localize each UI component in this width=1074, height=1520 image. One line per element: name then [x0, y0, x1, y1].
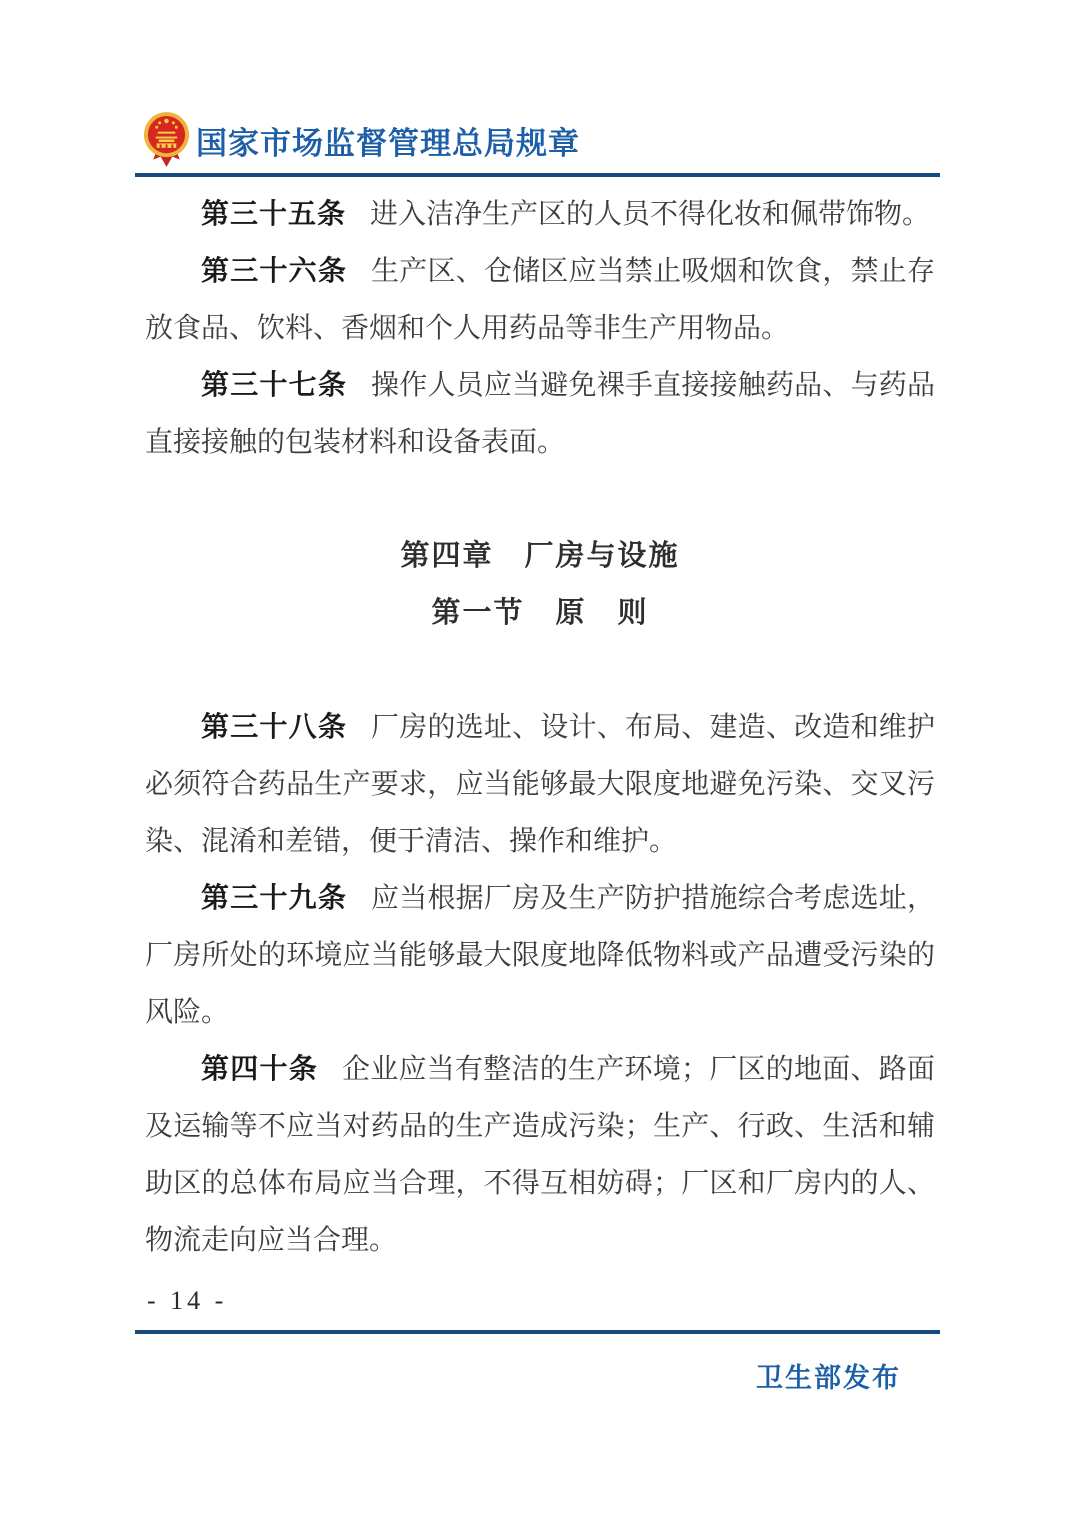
footer-rule [135, 1330, 940, 1334]
article-35: 第三十五条进入洁净生产区的人员不得化妆和佩带饰物。 [145, 186, 935, 243]
page-number: - 14 - [147, 1286, 227, 1316]
article-40: 第四十条企业应当有整洁的生产环境；厂区的地面、路面及运输等不应当对药品的生产造成… [145, 1041, 935, 1269]
article-37: 第三十七条操作人员应当避免裸手直接接触药品、与药品直接接触的包装材料和设备表面。 [145, 357, 935, 471]
article-36: 第三十六条生产区、仓储区应当禁止吸烟和饮食，禁止存放食品、饮料、香烟和个人用药品… [145, 243, 935, 357]
header-title: 国家市场监督管理总局规章 [196, 118, 580, 163]
document-body: 第三十五条进入洁净生产区的人员不得化妆和佩带饰物。 第三十六条生产区、仓储区应当… [145, 186, 935, 1269]
article-39: 第三十九条应当根据厂房及生产防护措施综合考虑选址，厂房所处的环境应当能够最大限度… [145, 870, 935, 1041]
article-38-number: 第三十八条 [201, 712, 347, 743]
section-heading: 第一节 原 则 [145, 585, 935, 642]
article-37-number: 第三十七条 [201, 370, 347, 401]
article-39-number: 第三十九条 [201, 883, 347, 914]
publisher-label: 卫生部发布 [145, 1356, 901, 1395]
article-36-number: 第三十六条 [201, 256, 347, 287]
document-page: 国家市场监督管理总局规章 第三十五条进入洁净生产区的人员不得化妆和佩带饰物。 第… [0, 0, 1074, 1520]
header-rule [135, 173, 940, 177]
article-38: 第三十八条厂房的选址、设计、布局、建造、改造和维护必须符合药品生产要求，应当能够… [145, 699, 935, 870]
article-35-text: 进入洁净生产区的人员不得化妆和佩带饰物。 [370, 199, 930, 230]
china-national-emblem-icon [143, 111, 190, 169]
article-40-number: 第四十条 [201, 1054, 318, 1085]
article-35-number: 第三十五条 [201, 199, 346, 230]
chapter-heading: 第四章 厂房与设施 [145, 528, 935, 585]
